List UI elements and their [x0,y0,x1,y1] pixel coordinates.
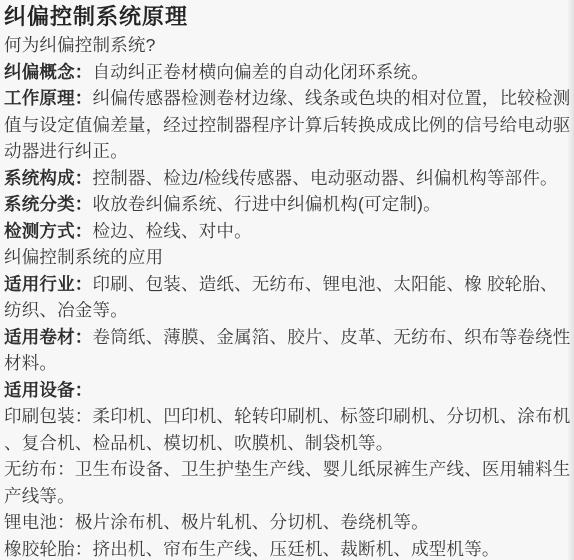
paragraph: 系统分类：收放卷纠偏系统、行进中纠偏机构(可定制)。 [4,191,571,218]
paragraph: 何为纠偏控制系统? [4,32,571,59]
paragraph-bold-label: 检测方式： [4,221,93,241]
paragraph-bold-label: 系统分类： [4,194,93,214]
paragraph: 纠偏控制系统的应用 [4,244,571,271]
paragraph-label: 锂电池： [4,512,75,532]
paragraph-bold-label: 系统构成： [4,168,93,188]
paragraph-label: 印刷包装： [4,406,93,426]
paragraph: 检测方式：检边、检线、对中。 [4,218,571,245]
paragraph-bold-label: 适用行业： [4,274,93,294]
paragraph: 印刷包装：柔印机、凹印机、轮转印刷机、标签印刷机、分切机、涂布机、复合机、检品机… [4,403,571,456]
page-title: 纠偏控制系统原理 [4,2,571,32]
paragraph-label: 橡胶轮胎： [4,539,93,559]
paragraph: 无纺布：卫生布设备、卫生护垫生产线、婴儿纸尿裤生产线、医用辅料生产线等。 [4,456,571,509]
paragraph: 适用设备： [4,377,571,404]
paragraph-text: 收放卷纠偏系统、行进中纠偏机构(可定制)。 [93,194,441,214]
paragraph: 系统构成：控制器、检边/检线传感器、电动驱动器、纠偏机构等部件。 [4,165,571,192]
paragraph: 适用卷材：卷筒纸、薄膜、金属箔、胶片、皮革、无纺布、织布等卷绕性材料。 [4,324,571,377]
paragraph-bold-label: 适用卷材： [4,327,93,347]
paragraph-bold-label: 工作原理： [4,88,93,108]
paragraph-text: 纠偏控制系统的应用 [4,247,163,267]
paragraph: 锂电池：极片涂布机、极片轧机、分切机、卷绕机等。 [4,509,571,536]
paragraph-list: 何为纠偏控制系统?纠偏概念：自动纠正卷材横向偏差的自动化闭环系统。工作原理：纠偏… [4,32,571,560]
paragraph-label: 无纺布： [4,459,75,479]
paragraph-bold-label: 纠偏概念： [4,62,93,82]
paragraph-text: 控制器、检边/检线传感器、电动驱动器、纠偏机构等部件。 [93,168,558,188]
paragraph-text: 何为纠偏控制系统? [4,35,156,55]
article: 纠偏控制系统原理 何为纠偏控制系统?纠偏概念：自动纠正卷材横向偏差的自动化闭环系… [0,0,574,560]
page: { "document": { "title": "纠偏控制系统原理", "pa… [0,0,574,560]
paragraph-bold-label: 适用设备： [4,380,93,400]
paragraph: 纠偏概念：自动纠正卷材横向偏差的自动化闭环系统。 [4,59,571,86]
paragraph-text: 极片涂布机、极片轧机、分切机、卷绕机等。 [75,512,429,532]
paragraph: 适用行业：印刷、包装、造纸、无纺布、锂电池、太阳能、橡 胶轮胎、纺织、冶金等。 [4,271,571,324]
paragraph: 橡胶轮胎：挤出机、帘布生产线、压廷机、裁断机、成型机等。 [4,536,571,560]
paragraph-text: 检边、检线、对中。 [93,221,252,241]
paragraph-text: 卫生布设备、卫生护垫生产线、婴儿纸尿裤生产线、医用辅料生产线等。 [4,459,570,506]
paragraph-text: 自动纠正卷材横向偏差的自动化闭环系统。 [93,62,429,82]
paragraph: 工作原理：纠偏传感器检测卷材边缘、线条或色块的相对位置，比较检测值与设定值偏差量… [4,85,571,165]
paragraph-text: 挤出机、帘布生产线、压廷机、裁断机、成型机等。 [93,539,500,559]
